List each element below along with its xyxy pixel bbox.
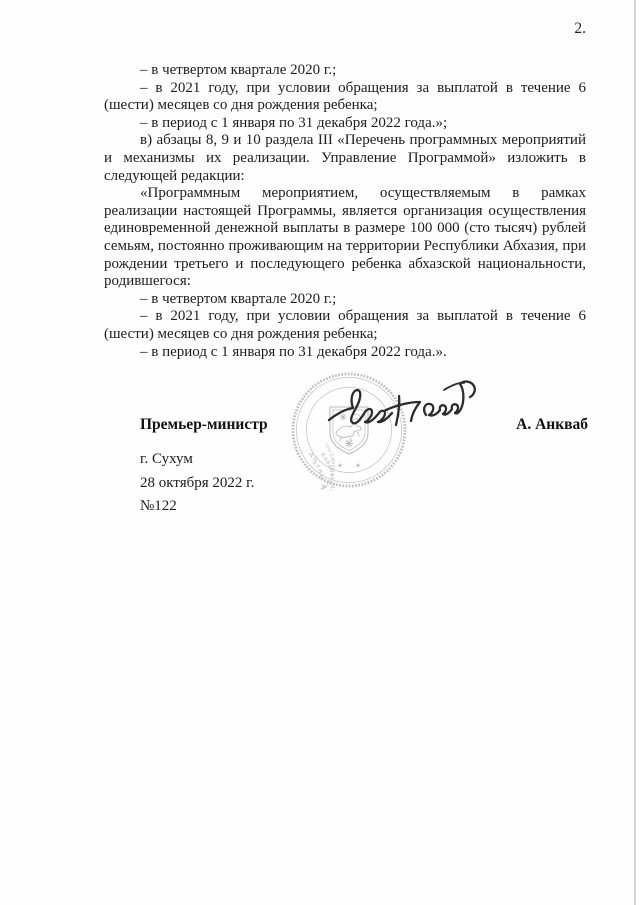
signature-title: Премьер-министр [140, 416, 268, 434]
body-line: (шести) месяцев со дня рождения ребенка; [104, 326, 586, 344]
body-line: рождении третьего и последующего ребенка… [104, 256, 586, 274]
seal-horseman-icon [336, 424, 361, 442]
body-line: – в период с 1 января по 31 декабря 2022… [104, 115, 586, 133]
footer-date: 28 октября 2022 г. [140, 475, 254, 492]
seal-star-left-icon: ★ [337, 463, 343, 470]
body-line: – в период с 1 января по 31 декабря 2022… [104, 344, 586, 362]
document-page: 2. – в четвертом квартале 2020 г.;– в 20… [0, 0, 640, 905]
body-line: в) абзацы 8, 9 и 10 раздела III «Перечен… [104, 132, 586, 150]
body-line: – в 2021 году, при условии обращения за … [104, 308, 586, 326]
document-body: – в четвертом квартале 2020 г.;– в 2021 … [104, 62, 586, 361]
seal-star-right-icon: ★ [355, 463, 361, 470]
footer-number: №122 [140, 498, 177, 515]
body-line: и механизмы их реализации. Управление Пр… [104, 150, 586, 168]
seal-outer-decorative-ring [293, 374, 405, 486]
seal-bottom-star-icon [345, 440, 353, 448]
body-line: – в четвертом квартале 2020 г.; [104, 291, 586, 309]
body-line: (шести) месяцев со дня рождения ребенка; [104, 97, 586, 115]
body-line: – в 2021 году, при условии обращения за … [104, 80, 586, 98]
official-seal-icon: Аҧсны Аҳәынҭқарра Аминистрцәа Реилазаара… [289, 370, 409, 490]
page-scan-edge-line [634, 0, 636, 905]
body-line: родившегося: [104, 273, 586, 291]
body-line: следующей редакции: [104, 168, 586, 186]
seal-shield-emblem-icon [330, 407, 368, 454]
signature-name: А. Анкваб [516, 416, 588, 434]
footer-city: г. Сухум [140, 451, 193, 468]
body-line: «Программным мероприятием, осуществляемы… [104, 185, 586, 203]
body-line: – в четвертом квартале 2020 г.; [104, 62, 586, 80]
page-number: 2. [104, 20, 586, 38]
seal-mountains-icon [351, 414, 361, 421]
body-line: реализации настоящей Программы, является… [104, 203, 586, 221]
body-line: семьям, постоянно проживающим на террито… [104, 238, 586, 256]
body-line: единовременной денежной выплаты в размер… [104, 220, 586, 238]
seal-top-star-icon [340, 414, 347, 421]
